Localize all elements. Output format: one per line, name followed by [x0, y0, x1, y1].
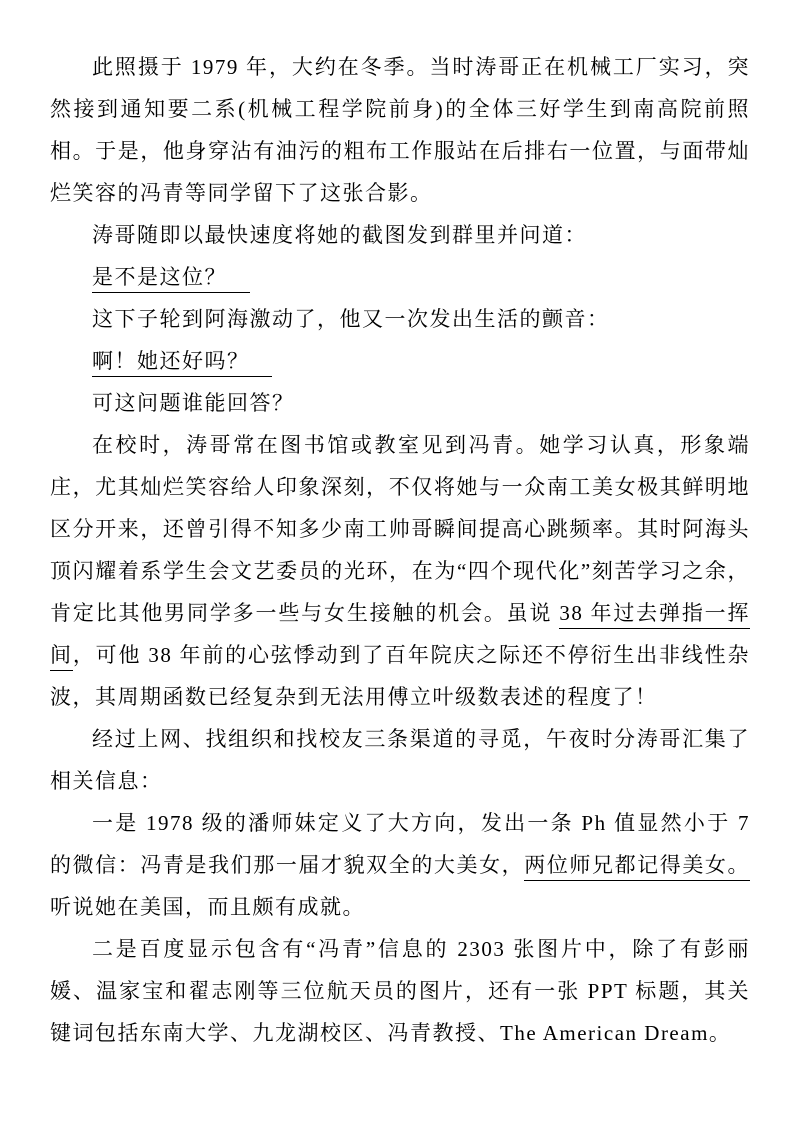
underlined-text: 是不是这位？ — [92, 265, 250, 293]
text-run: 此照摄于 1979 年，大约在冬季。当时涛哥正在机械工厂实习，突然接到通知要二系… — [50, 55, 750, 205]
paragraph: 二是百度显示包含有“冯青”信息的 2303 张图片中，除了有彭丽媛、温家宝和翟志… — [50, 928, 750, 1054]
text-run: 这下子轮到阿海激动了，他又一次发出生活的颤音： — [92, 307, 610, 331]
document-page: 此照摄于 1979 年，大约在冬季。当时涛哥正在机械工厂实习，突然接到通知要二系… — [0, 0, 800, 1131]
paragraph: 此照摄于 1979 年，大约在冬季。当时涛哥正在机械工厂实习，突然接到通知要二系… — [50, 46, 750, 214]
underlined-text: 两位师兄都记得美女。 — [524, 853, 750, 881]
paragraph: 啊！她还好吗？ — [50, 340, 750, 382]
text-run: 在校时，涛哥常在图书馆或教室见到冯青。她学习认真，形象端庄，尤其灿烂笑容给人印象… — [50, 433, 750, 625]
text-run: 涛哥随即以最快速度将她的截图发到群里并问道： — [92, 223, 587, 247]
paragraph: 可这问题谁能回答？ — [50, 382, 750, 424]
paragraph: 涛哥随即以最快速度将她的截图发到群里并问道： — [50, 214, 750, 256]
text-run: 经过上网、找组织和找校友三条渠道的寻觅，午夜时分涛哥汇集了相关信息： — [50, 727, 750, 793]
paragraph: 这下子轮到阿海激动了，他又一次发出生活的颤音： — [50, 298, 750, 340]
text-run: 听说她在美国，而且颇有成就。 — [50, 895, 365, 919]
text-run: ，可他 38 年前的心弦悸动到了百年院庆之际还不停衍生出非线性杂波，其周期函数已… — [50, 643, 750, 709]
document-content: 此照摄于 1979 年，大约在冬季。当时涛哥正在机械工厂实习，突然接到通知要二系… — [50, 46, 750, 1054]
paragraph: 是不是这位？ — [50, 256, 750, 298]
text-run: 可这问题谁能回答？ — [92, 391, 295, 415]
paragraph: 经过上网、找组织和找校友三条渠道的寻觅，午夜时分涛哥汇集了相关信息： — [50, 718, 750, 802]
text-run: 二是百度显示包含有“冯青”信息的 2303 张图片中，除了有彭丽媛、温家宝和翟志… — [50, 937, 750, 1045]
underlined-text: 啊！她还好吗？ — [92, 349, 272, 377]
paragraph: 在校时，涛哥常在图书馆或教室见到冯青。她学习认真，形象端庄，尤其灿烂笑容给人印象… — [50, 424, 750, 718]
paragraph: 一是 1978 级的潘师妹定义了大方向，发出一条 Ph 值显然小于 7 的微信：… — [50, 802, 750, 928]
